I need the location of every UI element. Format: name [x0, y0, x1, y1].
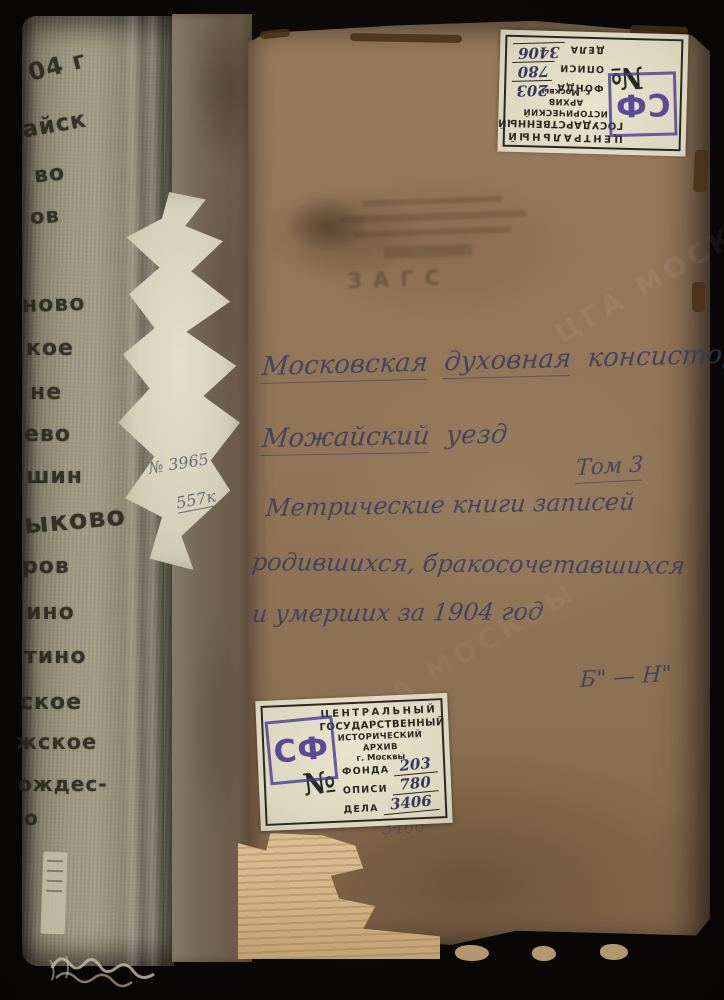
- faded-stamp-line: [384, 244, 472, 259]
- opis-row: ОПИСИ 780: [512, 61, 604, 80]
- opis-value: 780: [512, 61, 555, 79]
- spine-inscription: кое: [26, 336, 74, 361]
- handwritten-line4: родившихся, бракосочетавшихся: [250, 548, 686, 580]
- delo-row: ДЕЛА 3406: [513, 42, 605, 61]
- archive-label-border: СФ ЦЕНТРАЛЬНЫЙ ГОСУДАРСТВЕННЫЙ ИСТОРИЧЕС…: [503, 35, 684, 152]
- faded-stamp-line: [353, 226, 511, 238]
- fond-label: ФОНДА: [556, 81, 604, 93]
- sf-stamp-icon: СФ: [608, 71, 678, 137]
- spine-inscription: жское: [16, 730, 97, 754]
- archive-label-top: СФ ЦЕНТРАЛЬНЫЙ ГОСУДАРСТВЕННЫЙ ИСТОРИЧЕС…: [497, 30, 688, 157]
- faded-zags-stamp: ЗАГС: [316, 190, 558, 308]
- opis-label: ОПИСИ: [559, 62, 604, 74]
- spine-inscription: ино: [26, 600, 75, 625]
- word-mozhayskiy: Можайский: [261, 421, 431, 456]
- delo-value: 3406: [382, 793, 440, 815]
- spine-small-sticker: [41, 852, 68, 935]
- delo-value: 3406: [513, 42, 566, 60]
- org-line-1: ЦЕНТРАЛЬНЫЙ: [507, 128, 623, 144]
- faded-stamp-text: ЗАГС: [347, 262, 558, 293]
- spine-inscription: ров: [22, 554, 70, 579]
- fond-value: 203: [512, 80, 553, 98]
- word-dukhovnaya: духовная: [443, 344, 572, 379]
- word-moskovskaya: Московская: [261, 348, 429, 384]
- word-konsistoriya: консистория: [587, 339, 724, 374]
- handwritten-title-line2: Можайский уезд: [261, 420, 509, 454]
- handwritten-volume: Том 3: [575, 452, 644, 484]
- delo-label: ДЕЛА: [569, 43, 604, 55]
- paper-chip: [600, 944, 628, 960]
- faded-stamp-line: [362, 196, 502, 207]
- fond-label: ФОНДА: [342, 764, 390, 777]
- book-cover-photo: № 3965 557к 04 г айск во ов ново кое не …: [0, 0, 724, 1000]
- spine-inscription: ождес-: [18, 772, 108, 796]
- word-uezd: уезд: [445, 420, 509, 451]
- faded-stamp-line: [339, 210, 527, 224]
- spine-inscription: шин: [26, 464, 83, 489]
- spine-inscription: ов: [29, 203, 60, 229]
- paper-chip: [532, 946, 556, 961]
- spine-inscription: тино: [24, 644, 86, 669]
- frayed-threads: [48, 946, 198, 994]
- spine-inscription: ново: [22, 291, 86, 318]
- leather-remnant: [692, 282, 705, 312]
- spine-inscription: ское: [20, 690, 82, 715]
- paper-chip: [455, 945, 489, 961]
- sf-stamp-icon: СФ: [265, 715, 339, 785]
- spine-inscription: не: [30, 380, 62, 405]
- leather-remnant: [693, 150, 709, 193]
- delo-label: ДЕЛА: [343, 803, 378, 816]
- fond-row: ФОНДА 203: [512, 80, 604, 99]
- spine-inscription: о: [24, 806, 39, 830]
- spine-inscription: во: [33, 160, 66, 188]
- delo-row: ДЕЛА 3406: [343, 794, 439, 815]
- spine-inscription: ево: [24, 422, 71, 447]
- opis-label: ОПИСИ: [343, 784, 388, 797]
